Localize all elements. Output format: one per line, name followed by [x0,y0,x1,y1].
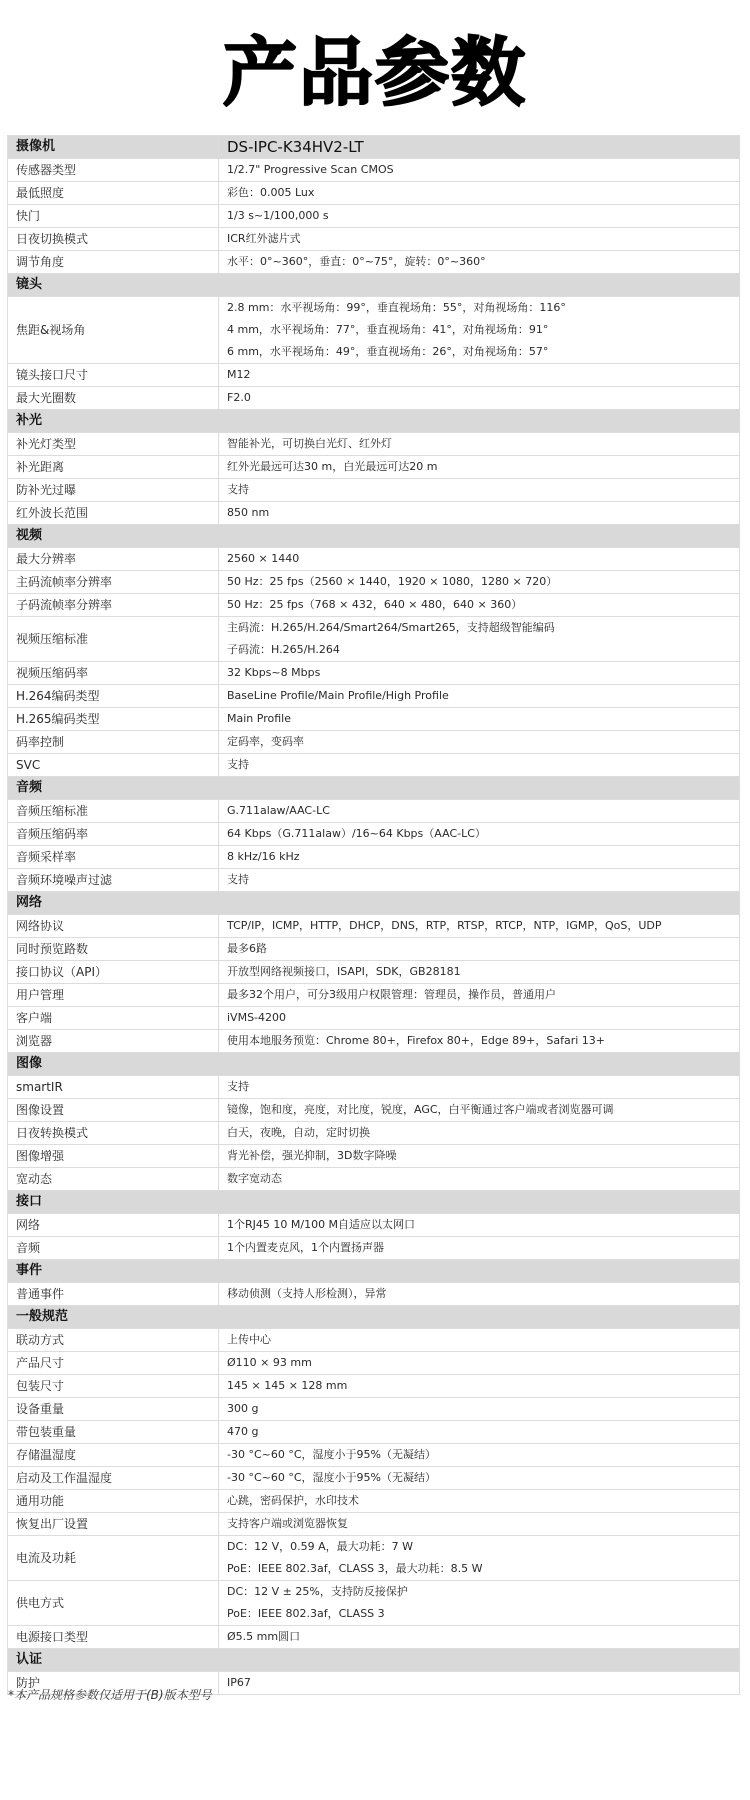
table-row: 供电方式DC：12 V ± 25%，支持防反接保护PoE：IEEE 802.3a… [8,1581,740,1626]
section-header-row: 视频 [8,525,740,548]
table-row: 防补光过曝支持 [8,479,740,502]
table-row: 存储温湿度-30 °C~60 °C，湿度小于95%（无凝结） [8,1444,740,1467]
table-row: 焦距&视场角2.8 mm：水平视场角：99°，垂直视场角：55°，对角视场角：1… [8,297,740,364]
table-row: 宽动态数字宽动态 [8,1168,740,1191]
spec-key: 用户管理 [8,984,219,1007]
spec-value-line: 32 Kbps~8 Mbps [227,662,731,684]
table-row: 镜头接口尺寸M12 [8,364,740,387]
model-number: DS-IPC-K34HV2-LT [219,136,740,159]
table-row: 音频环境噪声过滤支持 [8,869,740,892]
spec-value-line: 850 nm [227,502,731,524]
section-title: 图像 [8,1053,740,1076]
spec-value: 1/2.7" Progressive Scan CMOS [219,159,740,182]
spec-value: -30 °C~60 °C，湿度小于95%（无凝结） [219,1467,740,1490]
table-row: H.264编码类型BaseLine Profile/Main Profile/H… [8,685,740,708]
spec-key: 供电方式 [8,1581,219,1626]
spec-value-line: G.711alaw/AAC-LC [227,800,731,822]
spec-key: 日夜切换模式 [8,228,219,251]
table-row: 带包装重量470 g [8,1421,740,1444]
spec-value-line: 使用本地服务预览：Chrome 80+，Firefox 80+，Edge 89+… [227,1030,731,1052]
table-row: 浏览器使用本地服务预览：Chrome 80+，Firefox 80+，Edge … [8,1030,740,1053]
spec-value: 数字宽动态 [219,1168,740,1191]
spec-value-line: Ø110 × 93 mm [227,1352,731,1374]
table-row: 设备重量300 g [8,1398,740,1421]
table-row: 恢复出厂设置支持客户端或浏览器恢复 [8,1513,740,1536]
spec-value: 红外光最远可达30 m，白光最远可达20 m [219,456,740,479]
spec-table: 摄像机 DS-IPC-K34HV2-LT 传感器类型1/2.7" Progres… [7,135,740,1695]
spec-value-line: 支持客户端或浏览器恢复 [227,1513,731,1535]
spec-key: smartIR [8,1076,219,1099]
spec-value: Main Profile [219,708,740,731]
table-header-row: 摄像机 DS-IPC-K34HV2-LT [8,136,740,159]
spec-key: 视频压缩标准 [8,617,219,662]
spec-key: 音频 [8,1237,219,1260]
table-row: 音频压缩码率64 Kbps（G.711alaw）/16~64 Kbps（AAC-… [8,823,740,846]
spec-key: 带包装重量 [8,1421,219,1444]
table-row: 子码流帧率分辨率50 Hz：25 fps（768 × 432，640 × 480… [8,594,740,617]
spec-value: 850 nm [219,502,740,525]
spec-value: 支持 [219,754,740,777]
spec-value: 开放型网络视频接口，ISAPI，SDK，GB28181 [219,961,740,984]
spec-value: 64 Kbps（G.711alaw）/16~64 Kbps（AAC-LC） [219,823,740,846]
section-title: 视频 [8,525,740,548]
spec-key: 镜头接口尺寸 [8,364,219,387]
section-header-row: 认证 [8,1649,740,1672]
spec-value-line: PoE：IEEE 802.3af，CLASS 3 [227,1603,731,1625]
section-header-row: 接口 [8,1191,740,1214]
spec-value: 最多32个用户，可分3级用户权限管理：管理员，操作员，普通用户 [219,984,740,1007]
spec-value: 水平：0°~360°，垂直：0°~75°，旋转：0°~360° [219,251,740,274]
section-header-row: 一般规范 [8,1306,740,1329]
spec-value: 移动侦测（支持人形检测），异常 [219,1283,740,1306]
spec-key: 网络协议 [8,915,219,938]
section-header-row: 镜头 [8,274,740,297]
spec-value-line: 定码率，变码率 [227,731,731,753]
spec-value-line: 水平：0°~360°，垂直：0°~75°，旋转：0°~360° [227,251,731,273]
spec-value: 白天，夜晚，自动，定时切换 [219,1122,740,1145]
table-row: SVC支持 [8,754,740,777]
spec-key: 最大光圈数 [8,387,219,410]
spec-key: 最低照度 [8,182,219,205]
spec-value-line: 支持 [227,1076,731,1098]
table-row: 音频压缩标准G.711alaw/AAC-LC [8,800,740,823]
table-row: 电流及功耗DC：12 V，0.59 A，最大功耗：7 WPoE：IEEE 802… [8,1536,740,1581]
spec-key: 接口协议（API） [8,961,219,984]
spec-value-line: DC：12 V，0.59 A，最大功耗：7 W [227,1536,731,1558]
spec-value: 300 g [219,1398,740,1421]
spec-value-line: 1/3 s~1/100,000 s [227,205,731,227]
spec-value-line: 移动侦测（支持人形检测），异常 [227,1283,731,1305]
spec-value: 50 Hz：25 fps（768 × 432，640 × 480，640 × 3… [219,594,740,617]
spec-value-line: 背光补偿，强光抑制，3D数字降噪 [227,1145,731,1167]
spec-key: 图像增强 [8,1145,219,1168]
spec-value-line: M12 [227,364,731,386]
spec-key: 产品尺寸 [8,1352,219,1375]
spec-table-body: 摄像机 DS-IPC-K34HV2-LT 传感器类型1/2.7" Progres… [8,136,740,1695]
table-row: 最大分辨率2560 × 1440 [8,548,740,571]
spec-key: 网络 [8,1214,219,1237]
spec-key: 传感器类型 [8,159,219,182]
spec-value-line: TCP/IP，ICMP，HTTP，DHCP，DNS，RTP，RTSP，RTCP，… [227,915,731,937]
spec-value-line: -30 °C~60 °C，湿度小于95%（无凝结） [227,1467,731,1489]
spec-key: 同时预览路数 [8,938,219,961]
table-row: 电源接口类型Ø5.5 mm圆口 [8,1626,740,1649]
spec-value-line: 64 Kbps（G.711alaw）/16~64 Kbps（AAC-LC） [227,823,731,845]
spec-key: 调节角度 [8,251,219,274]
spec-key: 视频压缩码率 [8,662,219,685]
table-row: 音频1个内置麦克风，1个内置扬声器 [8,1237,740,1260]
spec-value-line: F2.0 [227,387,731,409]
spec-value: 支持 [219,1076,740,1099]
spec-key: 子码流帧率分辨率 [8,594,219,617]
section-header-row: 补光 [8,410,740,433]
spec-key: 图像设置 [8,1099,219,1122]
table-row: 最低照度彩色：0.005 Lux [8,182,740,205]
spec-value: BaseLine Profile/Main Profile/High Profi… [219,685,740,708]
spec-key: 焦距&视场角 [8,297,219,364]
spec-value: -30 °C~60 °C，湿度小于95%（无凝结） [219,1444,740,1467]
spec-value: 使用本地服务预览：Chrome 80+，Firefox 80+，Edge 89+… [219,1030,740,1053]
section-header-row: 网络 [8,892,740,915]
spec-value-line: 4 mm，水平视场角：77°，垂直视场角：41°，对角视场角：91° [227,319,731,341]
spec-value: 145 × 145 × 128 mm [219,1375,740,1398]
table-row: 红外波长范围850 nm [8,502,740,525]
table-row: 日夜切换模式ICR红外滤片式 [8,228,740,251]
table-row: 视频压缩码率32 Kbps~8 Mbps [8,662,740,685]
table-row: 联动方式上传中心 [8,1329,740,1352]
spec-value-line: 上传中心 [227,1329,731,1351]
spec-key: 红外波长范围 [8,502,219,525]
spec-value: 2560 × 1440 [219,548,740,571]
spec-key: 音频采样率 [8,846,219,869]
table-row: 调节角度水平：0°~360°，垂直：0°~75°，旋转：0°~360° [8,251,740,274]
spec-key: 主码流帧率分辨率 [8,571,219,594]
spec-key: 宽动态 [8,1168,219,1191]
spec-value: 1个RJ45 10 M/100 M自适应以太网口 [219,1214,740,1237]
table-row: 客户端iVMS-4200 [8,1007,740,1030]
page-title: 产品参数 [0,28,750,118]
spec-value: IP67 [219,1672,740,1695]
spec-value: 上传中心 [219,1329,740,1352]
table-row: 补光距离红外光最远可达30 m，白光最远可达20 m [8,456,740,479]
spec-key: 补光灯类型 [8,433,219,456]
spec-value-line: 145 × 145 × 128 mm [227,1375,731,1397]
table-row: 通用功能心跳，密码保护，水印技术 [8,1490,740,1513]
spec-key: 联动方式 [8,1329,219,1352]
table-row: 同时预览路数最多6路 [8,938,740,961]
spec-value-line: 支持 [227,869,731,891]
spec-key: 普通事件 [8,1283,219,1306]
table-row: 网络协议TCP/IP，ICMP，HTTP，DHCP，DNS，RTP，RTSP，R… [8,915,740,938]
spec-value-line: 开放型网络视频接口，ISAPI，SDK，GB28181 [227,961,731,983]
spec-key: 客户端 [8,1007,219,1030]
table-row: 图像设置镜像，饱和度，亮度，对比度，锐度，AGC，白平衡通过客户端或者浏览器可调 [8,1099,740,1122]
spec-value-line: 50 Hz：25 fps（768 × 432，640 × 480，640 × 3… [227,594,731,616]
spec-key: 补光距离 [8,456,219,479]
spec-value: DC：12 V ± 25%，支持防反接保护PoE：IEEE 802.3af，CL… [219,1581,740,1626]
spec-value-line: DC：12 V ± 25%，支持防反接保护 [227,1581,731,1603]
spec-value: 智能补光，可切换白光灯、红外灯 [219,433,740,456]
spec-value-line: 支持 [227,479,731,501]
spec-value-line: 2.8 mm：水平视场角：99°，垂直视场角：55°，对角视场角：116° [227,297,731,319]
spec-key: 恢复出厂设置 [8,1513,219,1536]
spec-key: 防补光过曝 [8,479,219,502]
spec-key: 浏览器 [8,1030,219,1053]
spec-value-line: 心跳，密码保护，水印技术 [227,1490,731,1512]
spec-value-line: 主码流：H.265/H.264/Smart264/Smart265，支持超级智能… [227,617,731,639]
spec-value-line: 最多6路 [227,938,731,960]
spec-key: 通用功能 [8,1490,219,1513]
spec-value-line: 1/2.7" Progressive Scan CMOS [227,159,731,181]
spec-key: 电流及功耗 [8,1536,219,1581]
spec-value: 1个内置麦克风，1个内置扬声器 [219,1237,740,1260]
spec-value: 1/3 s~1/100,000 s [219,205,740,228]
table-row: 音频采样率8 kHz/16 kHz [8,846,740,869]
section-header-row: 事件 [8,1260,740,1283]
spec-key: H.264编码类型 [8,685,219,708]
spec-value: 最多6路 [219,938,740,961]
spec-value: iVMS-4200 [219,1007,740,1030]
spec-key: 码率控制 [8,731,219,754]
spec-value-line: 300 g [227,1398,731,1420]
spec-value-line: iVMS-4200 [227,1007,731,1029]
spec-value-line: 1个RJ45 10 M/100 M自适应以太网口 [227,1214,731,1236]
header-key: 摄像机 [8,136,219,159]
spec-value-line: 彩色：0.005 Lux [227,182,731,204]
spec-key: 电源接口类型 [8,1626,219,1649]
spec-value: 支持客户端或浏览器恢复 [219,1513,740,1536]
section-header-row: 图像 [8,1053,740,1076]
spec-value-line: 智能补光，可切换白光灯、红外灯 [227,433,731,455]
table-row: 图像增强背光补偿，强光抑制，3D数字降噪 [8,1145,740,1168]
table-row: 补光灯类型智能补光，可切换白光灯、红外灯 [8,433,740,456]
spec-value: 背光补偿，强光抑制，3D数字降噪 [219,1145,740,1168]
table-row: 用户管理最多32个用户，可分3级用户权限管理：管理员，操作员，普通用户 [8,984,740,1007]
section-header-row: 音频 [8,777,740,800]
spec-value: G.711alaw/AAC-LC [219,800,740,823]
table-row: 码率控制定码率，变码率 [8,731,740,754]
spec-value-line: Ø5.5 mm圆口 [227,1626,731,1648]
table-row: 日夜转换模式白天，夜晚，自动，定时切换 [8,1122,740,1145]
table-row: 接口协议（API）开放型网络视频接口，ISAPI，SDK，GB28181 [8,961,740,984]
spec-value: Ø5.5 mm圆口 [219,1626,740,1649]
table-row: 最大光圈数F2.0 [8,387,740,410]
spec-value: 镜像，饱和度，亮度，对比度，锐度，AGC，白平衡通过客户端或者浏览器可调 [219,1099,740,1122]
spec-value: DC：12 V，0.59 A，最大功耗：7 WPoE：IEEE 802.3af，… [219,1536,740,1581]
table-row: 传感器类型1/2.7" Progressive Scan CMOS [8,159,740,182]
table-row: 启动及工作温湿度-30 °C~60 °C，湿度小于95%（无凝结） [8,1467,740,1490]
spec-value-line: 子码流：H.265/H.264 [227,639,731,661]
spec-value: 心跳，密码保护，水印技术 [219,1490,740,1513]
section-title: 事件 [8,1260,740,1283]
section-title: 音频 [8,777,740,800]
spec-value: TCP/IP，ICMP，HTTP，DHCP，DNS，RTP，RTSP，RTCP，… [219,915,740,938]
spec-value: 470 g [219,1421,740,1444]
spec-key: 最大分辨率 [8,548,219,571]
spec-value-line: 镜像，饱和度，亮度，对比度，锐度，AGC，白平衡通过客户端或者浏览器可调 [227,1099,731,1121]
spec-value-line: 支持 [227,754,731,776]
table-row: 视频压缩标准主码流：H.265/H.264/Smart264/Smart265，… [8,617,740,662]
section-title: 认证 [8,1649,740,1672]
spec-value-line: 6 mm，水平视场角：49°，垂直视场角：26°，对角视场角：57° [227,341,731,363]
footnote: *本产品规格参数仅适用于(B)版本型号 [8,1686,212,1703]
spec-value-line: 1个内置麦克风，1个内置扬声器 [227,1237,731,1259]
spec-key: 音频压缩码率 [8,823,219,846]
spec-value-line: 50 Hz：25 fps（2560 × 1440，1920 × 1080，128… [227,571,731,593]
spec-value-line: Main Profile [227,708,731,730]
spec-value-line: 470 g [227,1421,731,1443]
spec-value: 彩色：0.005 Lux [219,182,740,205]
section-title: 网络 [8,892,740,915]
spec-value: 支持 [219,869,740,892]
section-title: 接口 [8,1191,740,1214]
spec-value-line: -30 °C~60 °C，湿度小于95%（无凝结） [227,1444,731,1466]
spec-value: ICR红外滤片式 [219,228,740,251]
spec-key: 音频压缩标准 [8,800,219,823]
spec-key: 快门 [8,205,219,228]
section-title: 补光 [8,410,740,433]
spec-value: F2.0 [219,387,740,410]
spec-key: 设备重量 [8,1398,219,1421]
spec-key: 启动及工作温湿度 [8,1467,219,1490]
spec-value-line: BaseLine Profile/Main Profile/High Profi… [227,685,731,707]
spec-value-line: IP67 [227,1672,731,1694]
spec-value-line: 最多32个用户，可分3级用户权限管理：管理员，操作员，普通用户 [227,984,731,1006]
table-row: H.265编码类型Main Profile [8,708,740,731]
spec-value: 2.8 mm：水平视场角：99°，垂直视场角：55°，对角视场角：116°4 m… [219,297,740,364]
section-title: 一般规范 [8,1306,740,1329]
spec-value: 定码率，变码率 [219,731,740,754]
spec-key: 包装尺寸 [8,1375,219,1398]
table-row: 网络1个RJ45 10 M/100 M自适应以太网口 [8,1214,740,1237]
table-row: smartIR支持 [8,1076,740,1099]
table-row: 包装尺寸145 × 145 × 128 mm [8,1375,740,1398]
section-title: 镜头 [8,274,740,297]
spec-key: SVC [8,754,219,777]
spec-value: 8 kHz/16 kHz [219,846,740,869]
spec-value-line: PoE：IEEE 802.3af，CLASS 3，最大功耗：8.5 W [227,1558,731,1580]
spec-key: 存储温湿度 [8,1444,219,1467]
spec-value-line: 2560 × 1440 [227,548,731,570]
spec-value-line: 红外光最远可达30 m，白光最远可达20 m [227,456,731,478]
spec-value: 32 Kbps~8 Mbps [219,662,740,685]
spec-value: 主码流：H.265/H.264/Smart264/Smart265，支持超级智能… [219,617,740,662]
spec-key: 音频环境噪声过滤 [8,869,219,892]
table-row: 快门1/3 s~1/100,000 s [8,205,740,228]
spec-value-line: 数字宽动态 [227,1168,731,1190]
spec-value-line: 8 kHz/16 kHz [227,846,731,868]
table-row: 普通事件移动侦测（支持人形检测），异常 [8,1283,740,1306]
table-row: 主码流帧率分辨率50 Hz：25 fps（2560 × 1440，1920 × … [8,571,740,594]
spec-value-line: ICR红外滤片式 [227,228,731,250]
spec-value: 50 Hz：25 fps（2560 × 1440，1920 × 1080，128… [219,571,740,594]
spec-value: Ø110 × 93 mm [219,1352,740,1375]
table-row: 产品尺寸Ø110 × 93 mm [8,1352,740,1375]
spec-value: M12 [219,364,740,387]
spec-key: H.265编码类型 [8,708,219,731]
spec-value: 支持 [219,479,740,502]
spec-value-line: 白天，夜晚，自动，定时切换 [227,1122,731,1144]
spec-key: 日夜转换模式 [8,1122,219,1145]
